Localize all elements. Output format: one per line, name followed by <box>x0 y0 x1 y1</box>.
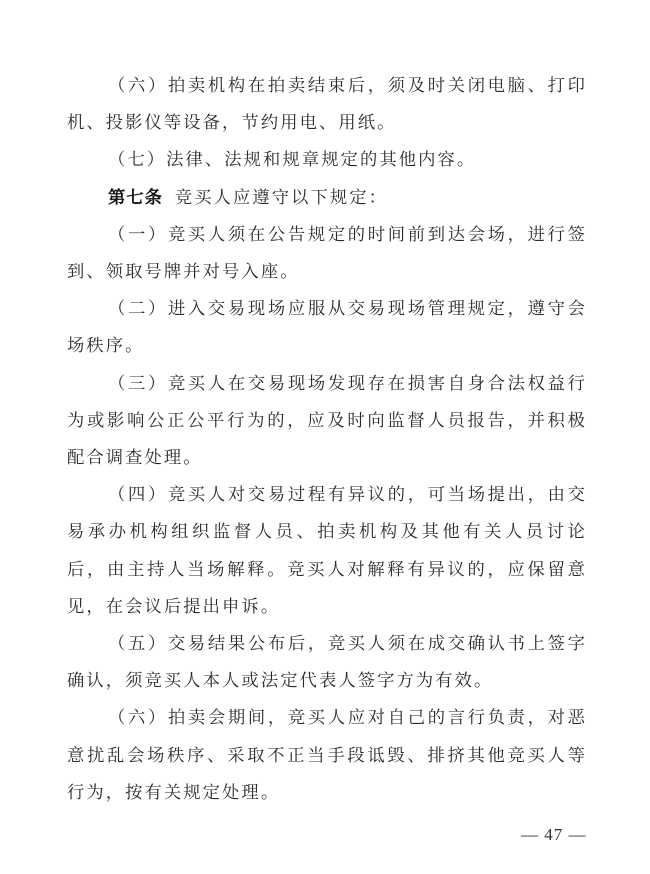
article-7-intro: 竞买人应遵守以下规定： <box>175 188 388 208</box>
paragraph-auction-house-item-7: （七）法律、法规和规章规定的其他内容。 <box>67 142 587 179</box>
article-label: 第七条 <box>108 188 163 208</box>
paragraph-bidder-item-2: （二）进入交易现场应服从交易现场管理规定，遵守会场秩序。 <box>67 291 587 365</box>
paragraph-bidder-item-1: （一）竞买人须在公告规定的时间前到达会场，进行签到、领取号牌并对号入座。 <box>67 217 587 291</box>
document-page: （六）拍卖机构在拍卖结束后，须及时关闭电脑、打印机、投影仪等设备，节约用电、用纸… <box>67 68 587 812</box>
paragraph-bidder-item-3: （三）竞买人在交易现场发现存在损害自身合法权益行为或影响公正公平行为的，应及时向… <box>67 366 587 478</box>
paragraph-auction-house-item-6: （六）拍卖机构在拍卖结束后，须及时关闭电脑、打印机、投影仪等设备，节约用电、用纸… <box>67 68 587 142</box>
paragraph-bidder-item-4: （四）竞买人对交易过程有异议的，可当场提出，由交易承办机构组织监督人员、拍卖机构… <box>67 477 587 626</box>
paragraph-bidder-item-5: （五）交易结果公布后，竞买人须在成交确认书上签字确认，须竞买人本人或法定代表人签… <box>67 626 587 700</box>
paragraph-bidder-item-6: （六）拍卖会期间，竞买人应对自己的言行负责，对恶意扰乱会场秩序、采取不正当手段诋… <box>67 700 587 812</box>
page-number: — 47 — <box>521 825 587 845</box>
article-7-heading: 第七条竞买人应遵守以下规定： <box>67 180 587 217</box>
